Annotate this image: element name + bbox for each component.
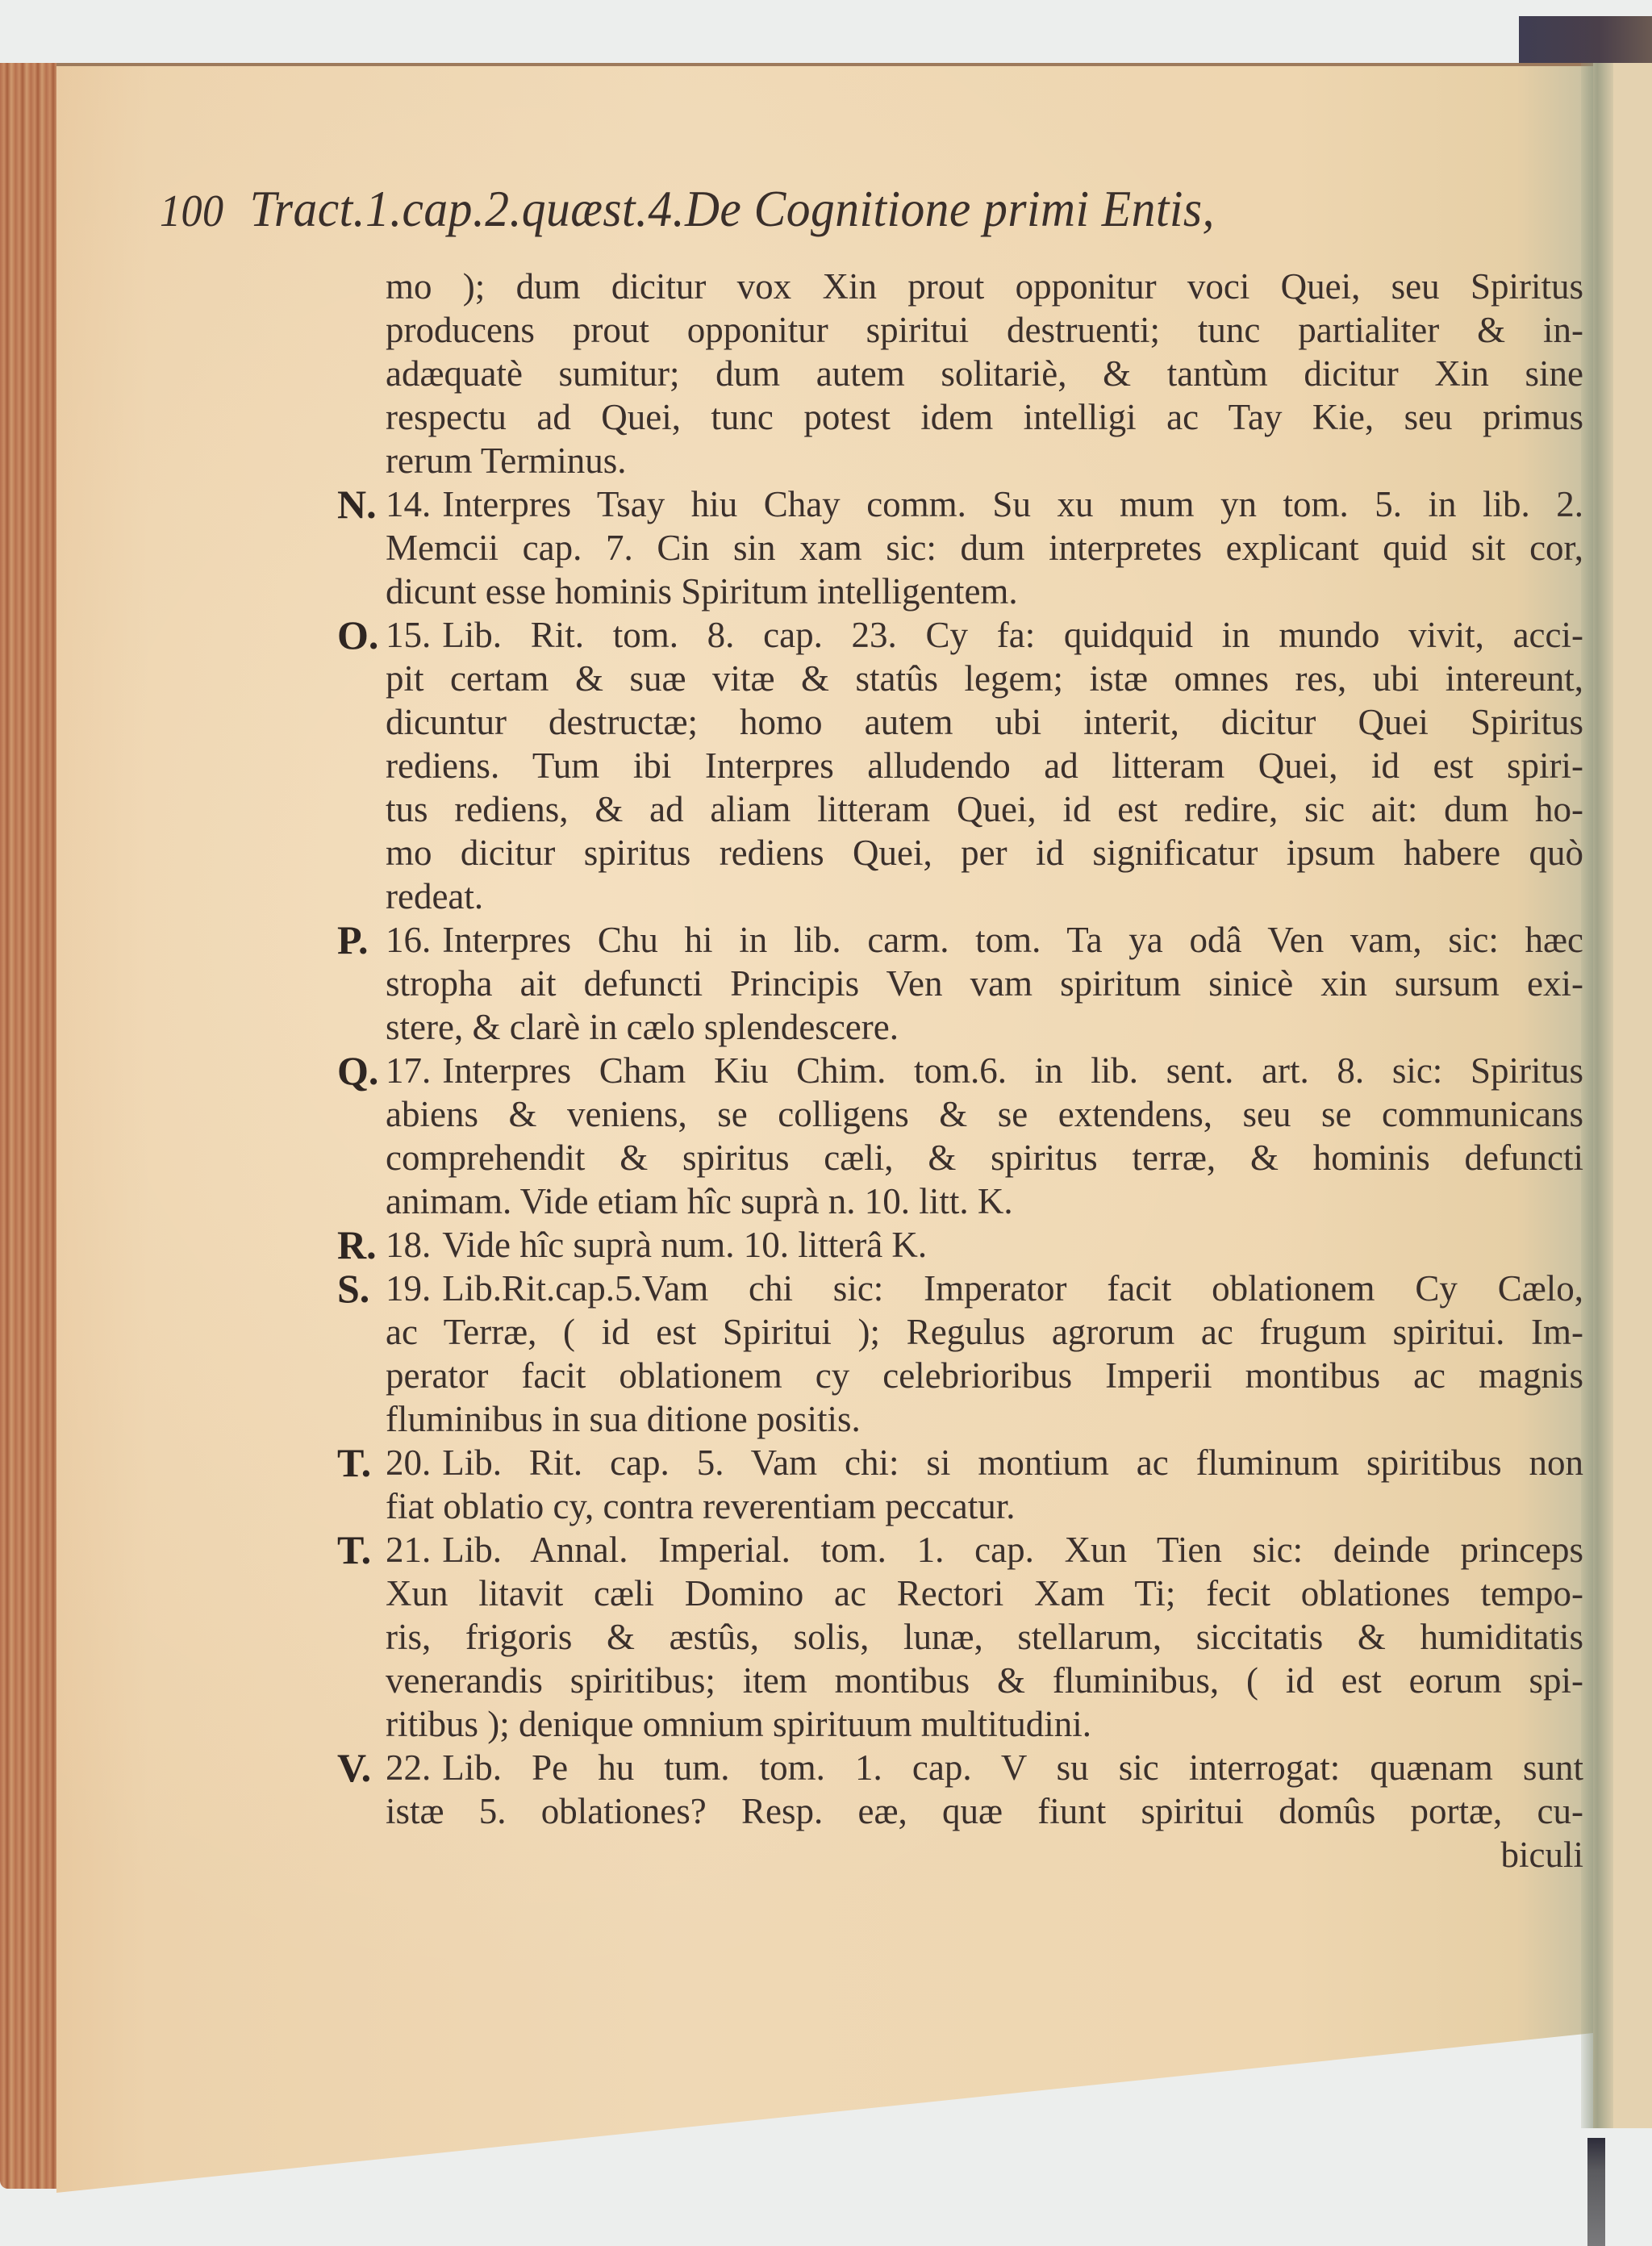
text-line: mo ); dum dicitur vox Xin prout opponitu… — [386, 265, 1583, 308]
text-line: fluminibus in sua ditione positis. — [386, 1397, 1583, 1441]
note-entry-t-20: T. 20.Lib. Rit. cap. 5. Vam chi: si mont… — [386, 1441, 1583, 1528]
text-line: ris, frigoris & æstûs, solis, lunæ, stel… — [386, 1615, 1583, 1659]
note-entry-p-16: P. 16.Interpres Chu hi in lib. carm. tom… — [386, 918, 1583, 1049]
text-line: Xun litavit cæli Domino ac Rectori Xam T… — [386, 1572, 1583, 1615]
text-line: adæquatè sumitur; dum autem solitariè, &… — [386, 352, 1583, 395]
note-letter: T. — [337, 1441, 371, 1484]
text-line: Vide hîc suprà num. 10. litterâ K. — [442, 1225, 927, 1265]
note-number: 19. — [386, 1268, 431, 1309]
background-object-top — [1519, 16, 1652, 63]
note-letter: V. — [337, 1746, 371, 1789]
text-line: Memcii cap. 7. Cin sin xam sic: dum inte… — [386, 526, 1583, 570]
running-title: Tract.1.cap.2.quæst.4.De Cognitione prim… — [250, 180, 1215, 237]
note-letter: S. — [337, 1267, 369, 1310]
text-line: Lib.Rit.cap.5.Vam chi sic: Imperator fac… — [442, 1268, 1583, 1309]
text-line: stropha ait defuncti Principis Ven vam s… — [386, 962, 1583, 1005]
text-line: ritibus ); denique omnium spirituum mult… — [386, 1702, 1583, 1746]
text-line: istæ 5. oblationes? Resp. eæ, quæ fiunt … — [386, 1789, 1583, 1833]
text-line: ac Terræ, ( id est Spiritui ); Regulus a… — [386, 1310, 1583, 1354]
note-letter: T. — [337, 1528, 371, 1572]
text-line: animam. Vide etiam hîc suprà n. 10. litt… — [386, 1179, 1583, 1223]
note-number: 14. — [386, 484, 431, 524]
note-letter: Q. — [337, 1049, 378, 1092]
note-number: 22. — [386, 1747, 431, 1788]
note-entry-o-15: O. 15.Lib. Rit. tom. 8. cap. 23. Cy fa: … — [386, 613, 1583, 918]
note-number: 21. — [386, 1530, 431, 1570]
note-letter: N. — [337, 482, 377, 526]
note-number: 15. — [386, 615, 431, 655]
body-text: mo ); dum dicitur vox Xin prout opponitu… — [386, 265, 1583, 1877]
note-entry-v-22: V. 22.Lib. Pe hu tum. tom. 1. cap. V su … — [386, 1746, 1583, 1833]
text-line: rerum Terminus. — [386, 439, 1583, 482]
note-number: 17. — [386, 1050, 431, 1091]
text-line: stere, & clarè in cælo splendescere. — [386, 1005, 1583, 1049]
note-letter: O. — [337, 613, 378, 657]
text-line: Lib. Annal. Imperial. tom. 1. cap. Xun T… — [442, 1530, 1583, 1570]
running-header: 100Tract.1.cap.2.quæst.4.De Cognitione p… — [160, 179, 1465, 239]
catchword: biculi — [386, 1833, 1583, 1877]
text-line: dicunt esse hominis Spiritum intelligent… — [386, 570, 1583, 613]
note-letter: P. — [337, 918, 368, 962]
note-number: 16. — [386, 920, 431, 960]
note-entry-r-18: R. 18.Vide hîc suprà num. 10. litterâ K. — [386, 1223, 1583, 1267]
text-line: Interpres Chu hi in lib. carm. tom. Ta y… — [442, 920, 1583, 960]
text-line: redeat. — [386, 875, 1583, 918]
note-number: 20. — [386, 1442, 431, 1483]
text-line: producens prout opponitur spiritui destr… — [386, 308, 1583, 352]
text-line: tus rediens, & ad aliam litteram Quei, i… — [386, 787, 1583, 831]
text-line: Interpres Tsay hiu Chay comm. Su xu mum … — [442, 484, 1583, 524]
note-entry-s-19: S. 19.Lib.Rit.cap.5.Vam chi sic: Imperat… — [386, 1267, 1583, 1441]
text-line: mo dicitur spiritus rediens Quei, per id… — [386, 831, 1583, 875]
continuation-paragraph: mo ); dum dicitur vox Xin prout opponitu… — [386, 265, 1583, 482]
text-line: Lib. Pe hu tum. tom. 1. cap. V su sic in… — [442, 1747, 1583, 1788]
page-number: 100 — [160, 186, 250, 237]
note-entry-n-14: N. 14.Interpres Tsay hiu Chay comm. Su x… — [386, 482, 1583, 613]
text-line: Lib. Rit. cap. 5. Vam chi: si montium ac… — [442, 1442, 1583, 1483]
book-binding-edge — [0, 63, 58, 2189]
page-gutter-shadow — [1581, 63, 1613, 2128]
text-line: respectu ad Quei, tunc potest idem intel… — [386, 395, 1583, 439]
text-line: abiens & veniens, se colligens & se exte… — [386, 1092, 1583, 1136]
text-line: pit certam & suæ vitæ & statûs legem; is… — [386, 657, 1583, 700]
note-letter: R. — [337, 1223, 377, 1267]
text-line: Interpres Cham Kiu Chim. tom.6. in lib. … — [442, 1050, 1583, 1091]
note-number: 18. — [386, 1225, 431, 1265]
text-line: dicuntur destructæ; homo autem ubi inter… — [386, 700, 1583, 744]
text-line: Lib. Rit. tom. 8. cap. 23. Cy fa: quidqu… — [442, 615, 1583, 655]
text-line: comprehendit & spiritus cæli, & spiritus… — [386, 1136, 1583, 1179]
note-entry-t-21: T. 21.Lib. Annal. Imperial. tom. 1. cap.… — [386, 1528, 1583, 1746]
text-line: rediens. Tum ibi Interpres alludendo ad … — [386, 744, 1583, 787]
text-line: venerandis spiritibus; item montibus & f… — [386, 1659, 1583, 1702]
note-entry-q-17: Q. 17.Interpres Cham Kiu Chim. tom.6. in… — [386, 1049, 1583, 1223]
text-line: perator facit oblationem cy celebrioribu… — [386, 1354, 1583, 1397]
text-line: fiat oblatio cy, contra reverentiam pecc… — [386, 1484, 1583, 1528]
